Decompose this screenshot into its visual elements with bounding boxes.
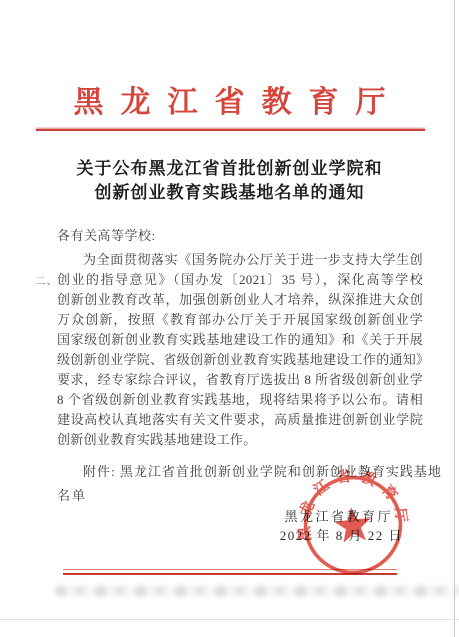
body-line: 8 个省级创新创业教育实践基地，现将结果将予以公布。请相关 xyxy=(57,390,423,410)
body-line: 要求，经专家综合评议，省教育厅选拔出 8 所省级创新创业学院， xyxy=(57,370,423,390)
body-line: 级创新创业学院、省级创新创业教育实践基地建设工作的通知》 xyxy=(57,350,423,370)
salutation: 各有关高等学校: xyxy=(57,225,423,244)
document-title-line1: 关于公布黑龙江省首批创新创业学院和 xyxy=(0,157,459,181)
body-line: 创新创业教育实践基地建设工作。 xyxy=(57,430,423,450)
body-line: 创新创业教育改革，加强创新创业人才培养，纵深推进大众创业 xyxy=(57,290,423,310)
attachment-line-continuation: 名单 xyxy=(57,485,87,504)
body-paragraph: 为全面贯彻落实《国务院办公厅关于进一步支持大学生创新 创业的指导意见》（国办发〔… xyxy=(57,250,423,450)
body-line: 万众创新，按照《教育部办公厅关于开展国家级创新创业学院、 xyxy=(57,310,423,330)
document-title: 关于公布黑龙江省首批创新创业学院和 创新创业教育实践基地名单的通知 xyxy=(0,157,459,204)
star-icon xyxy=(333,505,372,543)
body-line: 国家级创新创业教育实践基地建设工作的通知》和《关于开展省 xyxy=(57,330,423,350)
letterhead-agency-name: 黑龙江省教育厅 xyxy=(0,84,459,122)
body-line: 建设高校认真地落实有关文件要求，高质量推进创新创业学院和 xyxy=(57,410,423,430)
margin-annotation: 二、 xyxy=(35,273,58,288)
scan-page-edge-right xyxy=(454,0,455,637)
scan-page-edge-bottom xyxy=(0,619,459,620)
scan-smudge-artifact xyxy=(55,586,459,596)
letterhead-divider xyxy=(36,129,425,131)
body-line: 创业的指导意见》（国办发〔2021〕35 号），深化高等学校 xyxy=(57,270,423,290)
body-line: 为全面贯彻落实《国务院办公厅关于进一步支持大学生创新 xyxy=(57,250,423,270)
official-seal: 黑龙江省教育厅 xyxy=(289,461,416,588)
document-page: 黑龙江省教育厅 关于公布黑龙江省首批创新创业学院和 创新创业教育实践基地名单的通… xyxy=(0,0,459,637)
document-title-line2: 创新创业教育实践基地名单的通知 xyxy=(0,181,459,205)
